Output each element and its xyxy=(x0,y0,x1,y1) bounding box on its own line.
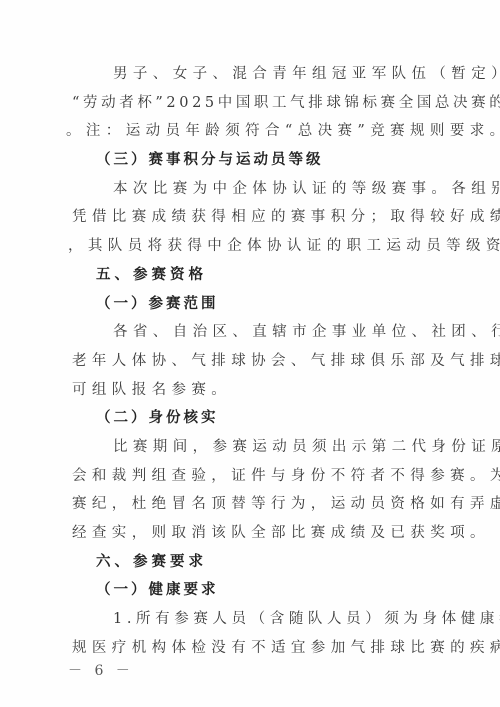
section-heading: 六、参赛要求 xyxy=(72,548,424,577)
paragraph-line: ，其队员将获得中企体协认证的职工运动员等级资质。 xyxy=(68,232,424,261)
paragraph-line: 凭借比赛成绩获得相应的赛事积分；取得较好成绩的参赛队 xyxy=(72,203,424,232)
paragraph-line: 比赛期间，参赛运动员须出示第二代身份证原件供组委 xyxy=(72,433,424,462)
section-subheading: （三）赛事积分与运动员等级 xyxy=(72,146,424,175)
paragraph-line: 老年人体协、气排球协会、气排球俱乐部及气排球爱好者均 xyxy=(72,347,424,376)
document-body: 男子、女子、混合青年组冠亚军队伍（暂定）获得参加 “劳动者杯”2025中国职工气… xyxy=(72,60,424,662)
paragraph-line: 经查实，则取消该队全部比赛成绩及已获奖项。 xyxy=(72,519,424,548)
section-subheading: （二）身份核实 xyxy=(72,404,424,433)
paragraph-line: “劳动者杯”2025中国职工气排球锦标赛全国总决赛的资格 xyxy=(72,89,424,118)
paragraph-line: 赛纪，杜绝冒名顶替等行为，运动员资格如有弄虚作假，一 xyxy=(72,490,424,519)
paragraph-line: 1.所有参赛人员（含随队人员）须为身体健康者，经正 xyxy=(72,605,424,634)
paragraph-line: 可组队报名参赛。 xyxy=(72,376,424,405)
paragraph-line: 会和裁判组查验，证件与身份不符者不得参赛。为严肃赛风 xyxy=(72,462,424,491)
section-subheading: （一）参赛范围 xyxy=(72,290,424,319)
section-subheading: （一）健康要求 xyxy=(72,576,424,605)
paragraph-line: 规医疗机构体检没有不适宜参加气排球比赛的疾病，并签署 xyxy=(72,634,424,663)
document-page: 男子、女子、混合青年组冠亚军队伍（暂定）获得参加 “劳动者杯”2025中国职工气… xyxy=(0,0,500,707)
section-heading: 五、参赛资格 xyxy=(72,261,424,290)
paragraph-line: 。注：运动员年龄须符合“总决赛”竞赛规则要求。 xyxy=(66,117,424,146)
page-number: － 6 － xyxy=(68,660,134,680)
paragraph-line: 本次比赛为中企体协认证的等级赛事。各组别参赛队将 xyxy=(72,175,424,204)
paragraph-line: 各省、自治区、直辖市企事业单位、社团、行业体协、 xyxy=(72,318,424,347)
paragraph-line: 男子、女子、混合青年组冠亚军队伍（暂定）获得参加 xyxy=(72,60,424,89)
